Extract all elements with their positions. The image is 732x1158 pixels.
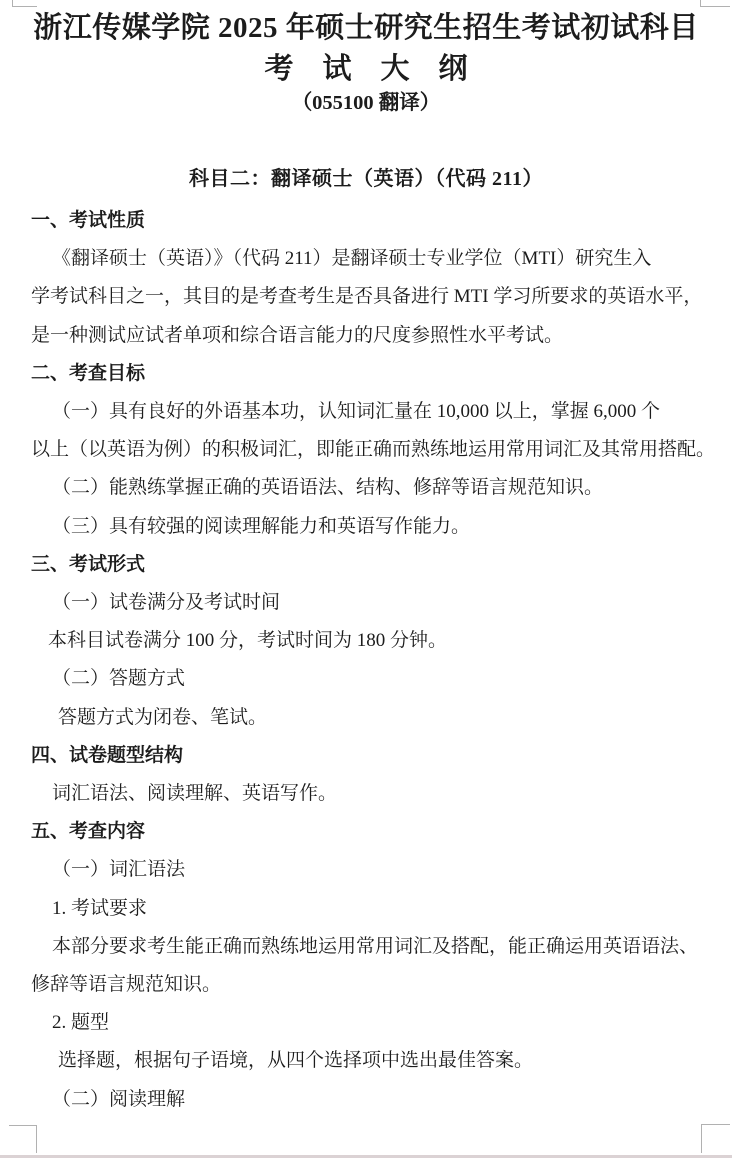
doc-line: 本部分要求考生能正确而熟练地运用常用词汇及搭配，能正确运用英语语法、 (31, 928, 704, 966)
doc-line: （三）具有较强的阅读理解能力和英语写作能力。 (31, 508, 704, 546)
text-boundary-mark-bottom-right-horizontal (701, 1124, 730, 1125)
doc-line: 以上（以英语为例）的积极词汇，即能正确而熟练地运用常用词汇及其常用搭配。 (31, 431, 704, 469)
doc-line: 1. 考试要求 (31, 890, 704, 928)
doc-line: 一、考试性质 (31, 202, 704, 240)
doc-line: 本科目试卷满分 100 分，考试时间为 180 分钟。 (31, 622, 704, 660)
doc-line: （二）能熟练掌握正确的英语语法、结构、修辞等语言规范知识。 (31, 469, 704, 507)
doc-line: 二、考查目标 (31, 355, 704, 393)
text-boundary-mark-bottom-left-horizontal (9, 1125, 37, 1126)
document-title-line2: 考 试 大 纲 (0, 49, 732, 90)
doc-line: （二）答题方式 (31, 660, 704, 698)
text-boundary-mark-bottom-right-vertical (701, 1124, 702, 1153)
document-page: 浙江传媒学院 2025 年硕士研究生招生考试初试科目 考 试 大 纲 （0551… (0, 0, 732, 1158)
doc-line: 修辞等语言规范知识。 (31, 966, 704, 1004)
doc-line: （一）试卷满分及考试时间 (31, 584, 704, 622)
doc-line: （一）具有良好的外语基本功，认知词汇量在 10,000 以上，掌握 6,000 … (31, 393, 704, 431)
doc-line: 学考试科目之一，其目的是考查考生是否具备进行 MTI 学习所要求的英语水平， (31, 278, 704, 316)
doc-line: 答题方式为闭卷、笔试。 (31, 699, 704, 737)
doc-line: 2. 题型 (31, 1004, 704, 1042)
doc-line: 词汇语法、阅读理解、英语写作。 (31, 775, 704, 813)
document-body: 一、考试性质《翻译硕士（英语）》（代码 211）是翻译硕士专业学位（MTI）研究… (31, 202, 704, 1119)
doc-line: 《翻译硕士（英语）》（代码 211）是翻译硕士专业学位（MTI）研究生入 (31, 240, 704, 278)
text-boundary-mark-bottom-left-vertical (36, 1125, 37, 1153)
doc-line: 三、考试形式 (31, 546, 704, 584)
doc-line: 是一种测试应试者单项和综合语言能力的尺度参照性水平考试。 (31, 317, 704, 355)
doc-line: （二）阅读理解 (31, 1081, 704, 1119)
document-title-line1: 浙江传媒学院 2025 年硕士研究生招生考试初试科目 (0, 6, 732, 50)
document-title-code: （055100 翻译） (0, 88, 732, 119)
doc-line: 选择题，根据句子语境，从四个选择项中选出最佳答案。 (31, 1042, 704, 1080)
doc-line: 四、试卷题型结构 (31, 737, 704, 775)
subject-heading: 科目二：翻译硕士（英语）（代码 211） (0, 164, 732, 194)
doc-line: 五、考查内容 (31, 813, 704, 851)
doc-line: （一）词汇语法 (31, 851, 704, 889)
